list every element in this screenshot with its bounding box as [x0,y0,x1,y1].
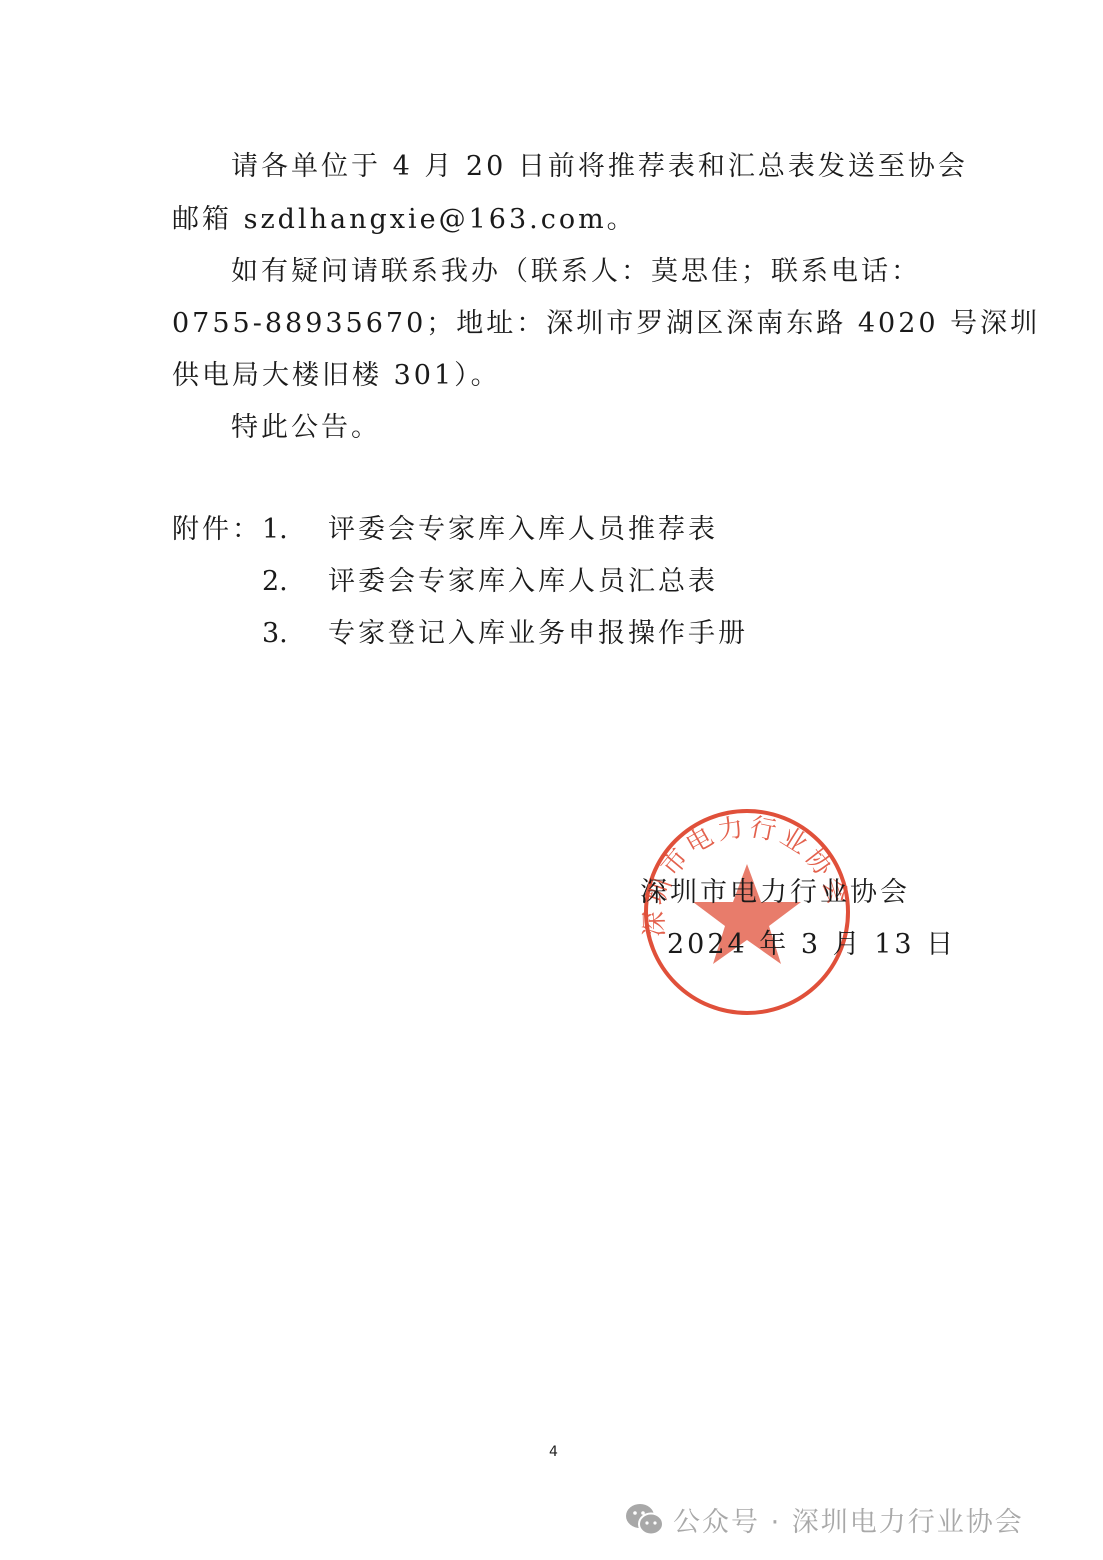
attachment-title: 评委会专家库入库人员汇总表 [328,565,718,599]
official-seal-icon: 深圳市电力行业协会 [641,806,853,1018]
paragraph-line-3: 如有疑问请联系我办（联系人：莫思佳；联系电话： [231,255,921,289]
footer-text: 公众号 · 深圳电力行业协会 [673,1500,1024,1539]
signature-organization: 深圳市电力行业协会 [640,876,910,910]
attachments-label: 附件： [172,513,262,547]
attachment-title: 评委会专家库入库人员推荐表 [328,513,718,547]
signature-date: 2024 年 3 月 13 日 [667,928,956,962]
closing-line: 特此公告。 [231,411,381,445]
attachment-title: 专家登记入库业务申报操作手册 [328,617,748,651]
paragraph-line-5: 供电局大楼旧楼 301）。 [172,359,501,393]
page-number: 4 [549,1444,558,1460]
attachment-number: 2. [262,565,288,599]
paragraph-line-2: 邮箱 szdlhangxie@163.com。 [172,203,637,237]
paragraph-line-4: 0755-88935670；地址：深圳市罗湖区深南东路 4020 号深圳 [172,307,1040,341]
wechat-account-footer: 公众号 · 深圳电力行业协会 [625,1500,1024,1539]
wechat-icon [625,1503,665,1537]
attachment-number: 1. [262,513,288,547]
paragraph-line-1: 请各单位于 4 月 20 日前将推荐表和汇总表发送至协会 [231,150,968,184]
attachment-number: 3. [262,617,288,651]
